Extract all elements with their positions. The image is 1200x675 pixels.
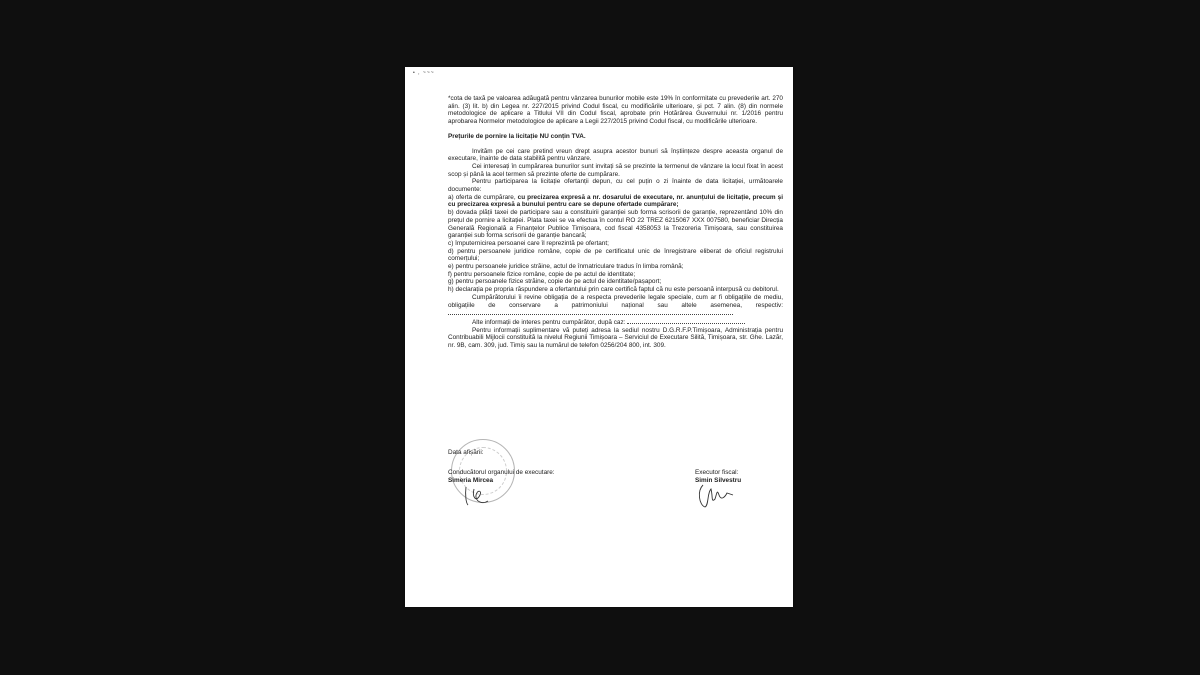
item-d: d) pentru persoanele juridice române, co… [448, 248, 783, 263]
scan-mark: • , ~~~ [413, 70, 435, 76]
invite-paragraph: Invităm pe cei care pretind vreun drept … [448, 148, 783, 163]
leader-title: Conducătorul organului de executare: [448, 469, 555, 477]
obligations-blank-line [448, 309, 733, 315]
vat-heading: Prețurile de pornire la licitație NU con… [448, 133, 783, 141]
contact-paragraph: Pentru informații suplimentare vă puteți… [448, 327, 783, 350]
other-info-paragraph: Alte informații de interes pentru cumpăr… [448, 318, 783, 327]
item-a: a) oferta de cumpărare, cu precizarea ex… [448, 194, 783, 209]
document-body: *cota de taxă pe valoarea adăugată pentr… [448, 95, 783, 350]
other-info-blank-line [627, 318, 745, 324]
item-e: e) pentru persoanele juridice străine, a… [448, 263, 783, 271]
item-f: f) pentru persoanele fizice române, copi… [448, 271, 783, 279]
enforcement-leader-block: Conducătorul organului de executare: Sim… [448, 469, 555, 484]
fiscal-executor-block: Executor fiscal: Simin Silvestru [695, 469, 741, 484]
participation-paragraph: Pentru participarea la licitație ofertan… [448, 178, 783, 193]
other-info-text: Alte informații de interes pentru cumpăr… [472, 319, 625, 326]
item-c: c) împuternicirea persoanei care îl repr… [448, 240, 783, 248]
obligations-paragraph: Cumpărătorului îi revine obligația de a … [448, 294, 783, 318]
document-page: • , ~~~ *cota de taxă pe valoarea adăuga… [405, 67, 793, 607]
item-b: b) dovada plății taxei de participare sa… [448, 209, 783, 240]
executor-signature-icon [695, 481, 739, 511]
leader-signature-icon [462, 483, 496, 509]
interested-paragraph: Cei interesați în cumpărarea bunurilor s… [448, 163, 783, 178]
item-a-prefix: a) oferta de cumpărare, [448, 194, 518, 201]
obligations-text: Cumpărătorului îi revine obligația de a … [448, 294, 783, 309]
display-date-label: Data afișării: [448, 449, 484, 457]
tax-note: *cota de taxă pe valoarea adăugată pentr… [448, 95, 783, 126]
item-g: g) pentru persoanele fizice străine, cop… [448, 278, 783, 286]
item-h: h) declarația pe propria răspundere a of… [448, 286, 783, 294]
executor-title: Executor fiscal: [695, 469, 741, 477]
signature-area: Data afișării: Conducătorul organului de… [448, 449, 778, 539]
